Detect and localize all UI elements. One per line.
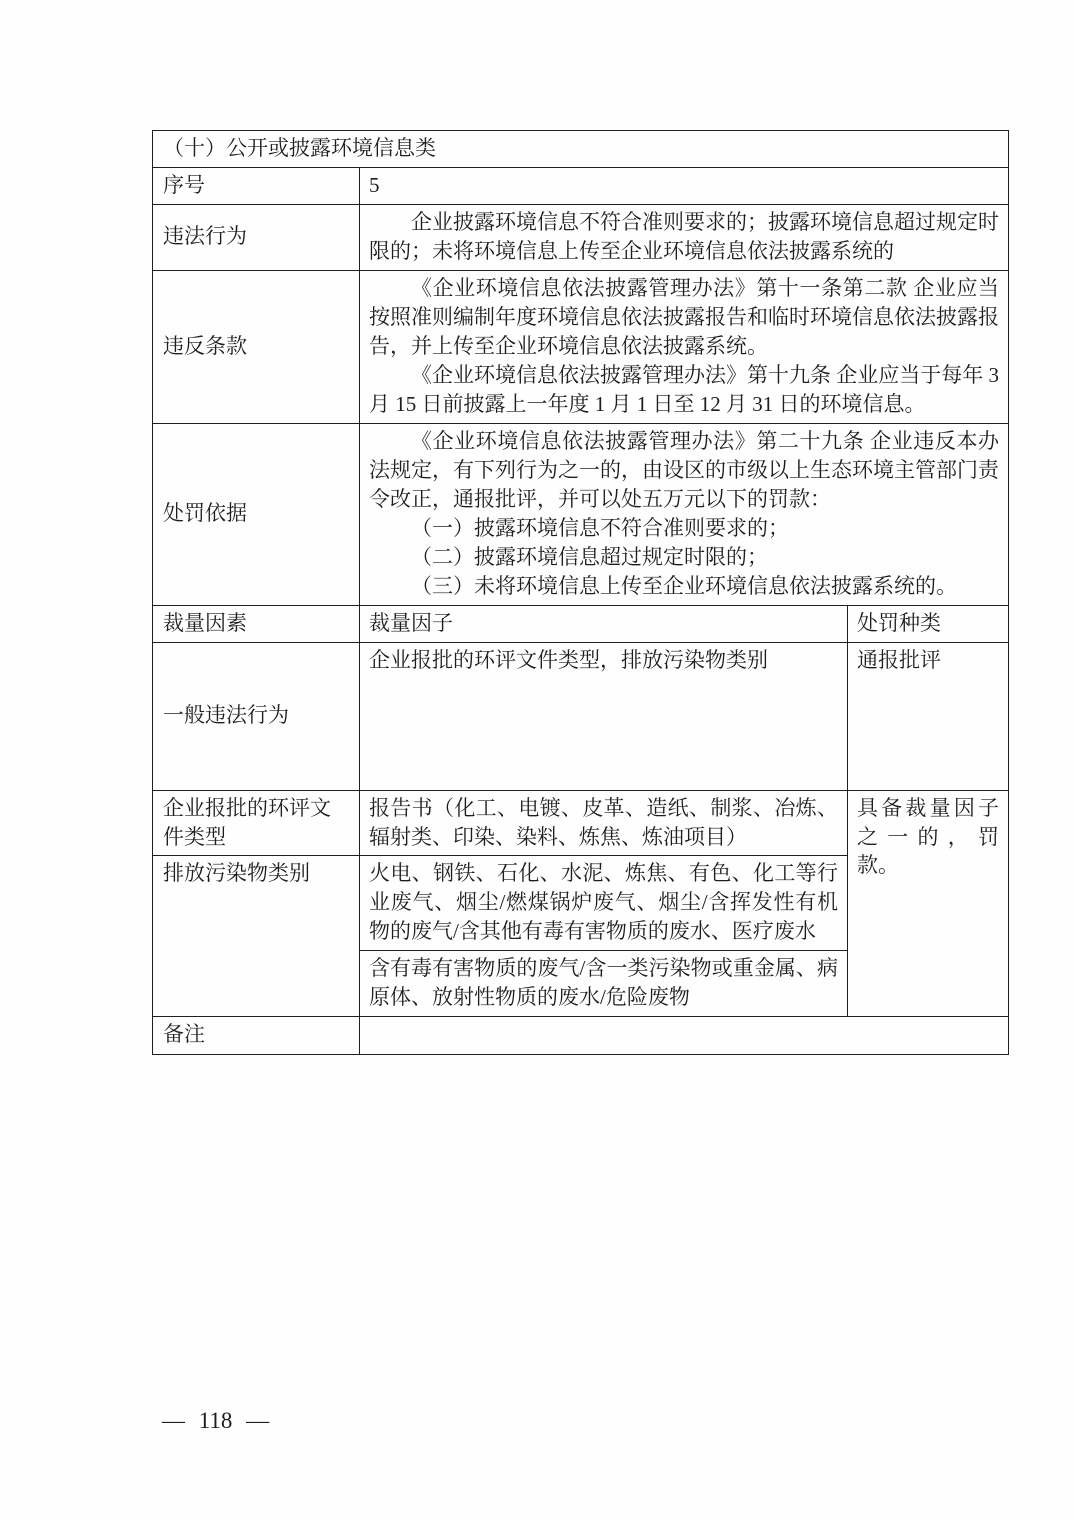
violated-clause-label: 违反条款 bbox=[153, 270, 360, 423]
penalty-basis-label: 处罚依据 bbox=[153, 423, 360, 605]
eia-doc-type-row: 企业报批的环评文件类型 报告书（化工、电镀、皮革、造纸、制浆、冶炼、辐射类、印染… bbox=[153, 790, 1009, 856]
penalty-basis-item-3: （三）未将环境信息上传至企业环境信息依法披露系统的。 bbox=[369, 572, 999, 601]
penalty-basis-row: 处罚依据 《企业环境信息依法披露管理办法》第二十九条 企业违反本办法规定，有下列… bbox=[153, 423, 1009, 605]
penalty-basis-item-1: （一）披露环境信息不符合准则要求的； bbox=[369, 514, 999, 543]
serial-value: 5 bbox=[360, 167, 1009, 204]
general-violation-factor: 企业报批的环评文件类型，排放污染物类别 bbox=[360, 642, 848, 790]
section-title-row: （十）公开或披露环境信息类 bbox=[153, 131, 1009, 168]
violated-clause-row: 违反条款 《企业环境信息依法披露管理办法》第十一条第二款 企业应当按照准则编制年… bbox=[153, 270, 1009, 423]
illegal-act-text: 企业披露环境信息不符合准则要求的；披露环境信息超过规定时限的；未将环境信息上传至… bbox=[369, 208, 999, 266]
eia-doc-type-factor: 报告书（化工、电镀、皮革、造纸、制浆、冶炼、辐射类、印染、染料、炼焦、炼油项目） bbox=[360, 790, 848, 856]
factor-header-penalty-type: 处罚种类 bbox=[848, 605, 1009, 642]
factor-header-row: 裁量因素 裁量因子 处罚种类 bbox=[153, 605, 1009, 642]
remarks-value bbox=[360, 1017, 1009, 1055]
violated-clause-paragraph-1: 《企业环境信息依法披露管理办法》第十一条第二款 企业应当按照准则编制年度环境信息… bbox=[369, 274, 999, 361]
serial-row: 序号 5 bbox=[153, 167, 1009, 204]
document-page: （十）公开或披露环境信息类 序号 5 违法行为 企业披露环境信息不符合准则要求的… bbox=[0, 0, 1074, 1520]
general-violation-label: 一般违法行为 bbox=[153, 642, 360, 790]
penalty-basis-cell: 《企业环境信息依法披露管理办法》第二十九条 企业违反本办法规定，有下列行为之一的… bbox=[360, 423, 1009, 605]
section-title: （十）公开或披露环境信息类 bbox=[153, 131, 1009, 168]
remarks-row: 备注 bbox=[153, 1017, 1009, 1055]
illegal-act-row: 违法行为 企业披露环境信息不符合准则要求的；披露环境信息超过规定时限的；未将环境… bbox=[153, 204, 1009, 270]
illegal-act-cell: 企业披露环境信息不符合准则要求的；披露环境信息超过规定时限的；未将环境信息上传至… bbox=[360, 204, 1009, 270]
pollutant-category-factor-toxic: 含有毒有害物质的废气/含一类污染物或重金属、病原体、放射性物质的废水/危险废物 bbox=[360, 951, 848, 1017]
penalty-basis-item-2: （二）披露环境信息超过规定时限的； bbox=[369, 543, 999, 572]
serial-label: 序号 bbox=[153, 167, 360, 204]
eia-penalty-merged-cell: 具备裁量因子之一的，罚款。 bbox=[848, 790, 1009, 1017]
pollutant-category-label: 排放污染物类别 bbox=[153, 856, 360, 1017]
pollutant-category-factor-industrial: 火电、钢铁、石化、水泥、炼焦、有色、化工等行业废气、烟尘/燃煤锅炉废气、烟尘/含… bbox=[360, 856, 848, 951]
illegal-act-label: 违法行为 bbox=[153, 204, 360, 270]
factor-header-factor: 裁量因子 bbox=[360, 605, 848, 642]
general-violation-row: 一般违法行为 企业报批的环评文件类型，排放污染物类别 通报批评 bbox=[153, 642, 1009, 790]
remarks-label: 备注 bbox=[153, 1017, 360, 1055]
general-violation-penalty: 通报批评 bbox=[848, 642, 1009, 790]
factor-header-label: 裁量因素 bbox=[153, 605, 360, 642]
page-number: — 118 — bbox=[162, 1408, 269, 1434]
penalty-basis-paragraph: 《企业环境信息依法披露管理办法》第二十九条 企业违反本办法规定，有下列行为之一的… bbox=[369, 427, 999, 514]
eia-doc-type-label: 企业报批的环评文件类型 bbox=[153, 790, 360, 856]
penalty-discretion-table: （十）公开或披露环境信息类 序号 5 违法行为 企业披露环境信息不符合准则要求的… bbox=[152, 130, 1009, 1055]
violated-clause-cell: 《企业环境信息依法披露管理办法》第十一条第二款 企业应当按照准则编制年度环境信息… bbox=[360, 270, 1009, 423]
violated-clause-paragraph-2: 《企业环境信息依法披露管理办法》第十九条 企业应当于每年 3 月 15 日前披露… bbox=[369, 361, 999, 419]
